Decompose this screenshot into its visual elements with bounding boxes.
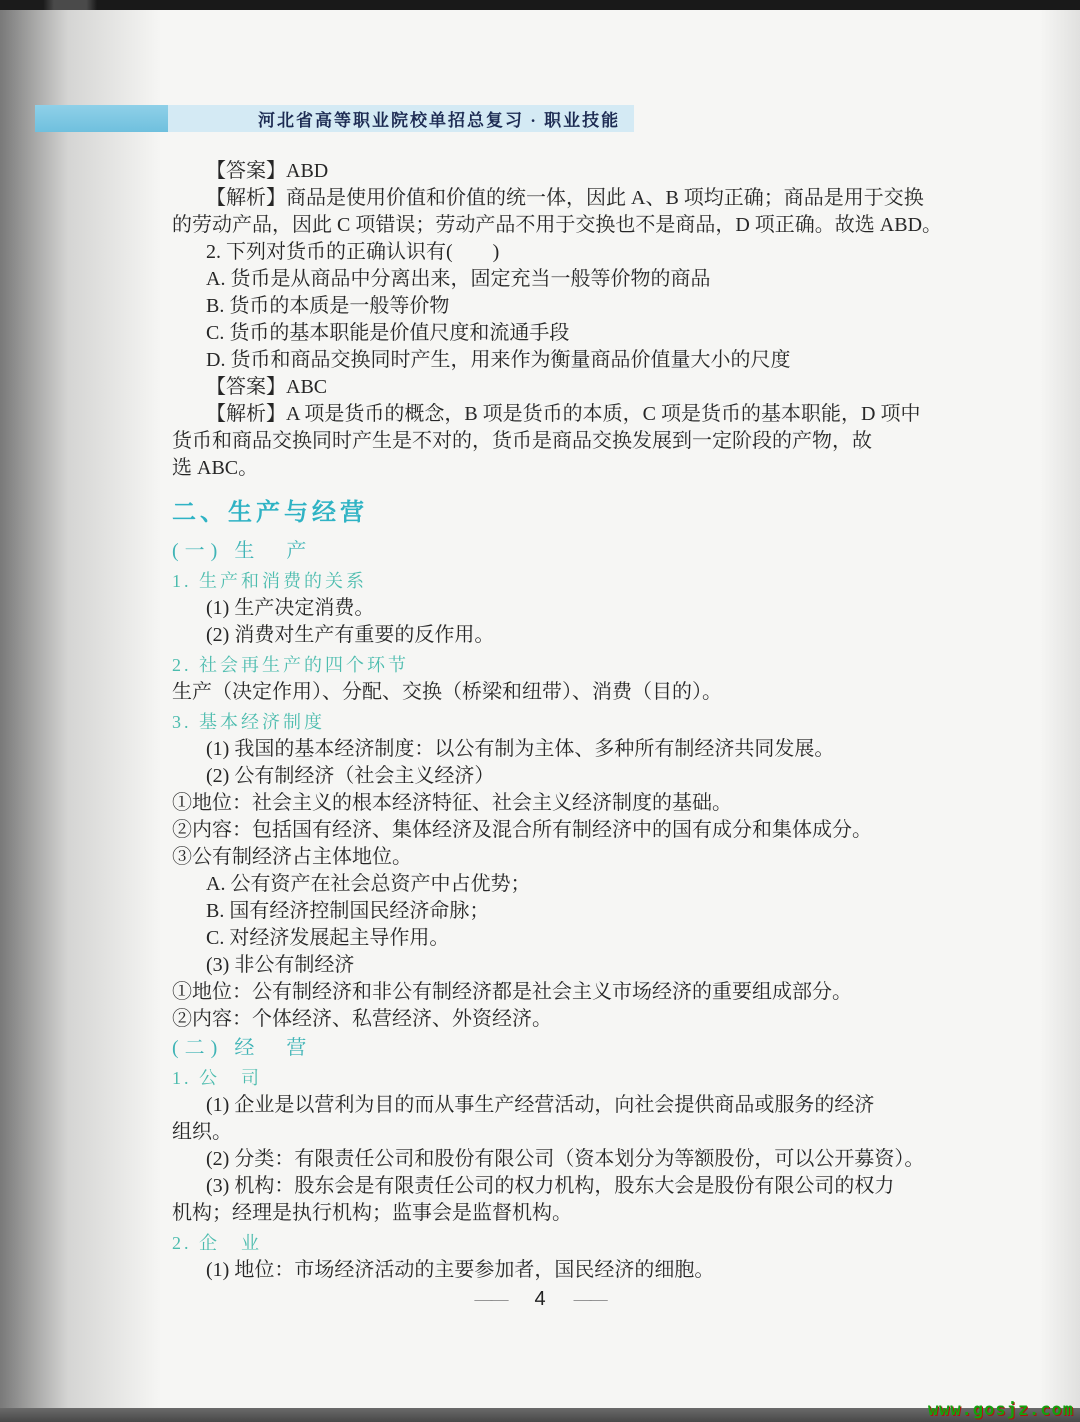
heading-line: 2. 社会再生产的四个环节: [172, 652, 932, 679]
heading-line: 1. 生产和消费的关系: [172, 568, 932, 595]
text-line: ①地位：社会主义的根本经济特征、社会主义经济制度的基础。: [172, 790, 932, 817]
scan-left-spine-shadow: [0, 10, 170, 1408]
text-line: C. 货币的基本职能是价值尺度和流通手段: [172, 320, 932, 347]
text-line: (2) 消费对生产有重要的反作用。: [172, 622, 932, 649]
text-line: ②内容：个体经济、私营经济、外资经济。: [172, 1006, 932, 1033]
scan-top-border: [0, 0, 1080, 10]
text-line: D. 货币和商品交换同时产生，用来作为衡量商品价值量大小的尺度: [172, 347, 932, 374]
text-line: ③公有制经济占主体地位。: [172, 844, 932, 871]
heading-line: 2. 企 业: [172, 1230, 932, 1257]
text-line: 生产（决定作用）、分配、交换（桥梁和纽带）、消费（目的）。: [172, 679, 932, 706]
text-line: B. 货币的本质是一般等价物: [172, 293, 932, 320]
text-line: A. 公有资产在社会总资产中占优势；: [172, 871, 932, 898]
header-title-strip: 河北省高等职业院校单招总复习 · 职业技能: [168, 105, 634, 132]
scan-bottom-border: [0, 1408, 1080, 1422]
text-line: (3) 非公有制经济: [172, 952, 932, 979]
text-line: 机构；经理是执行机构；监事会是监督机构。: [172, 1200, 932, 1227]
text-line: 选 ABC。: [172, 455, 932, 482]
text-line: 组织。: [172, 1119, 932, 1146]
heading-line: (二) 经 营: [172, 1035, 932, 1062]
text-line: A. 货币是从商品中分离出来，固定充当一般等价物的商品: [172, 266, 932, 293]
text-line: 2. 下列对货币的正确认识有( ): [172, 239, 932, 266]
text-line: 【解析】商品是使用价值和价值的统一体，因此 A、B 项均正确；商品是用于交换: [172, 185, 932, 212]
text-line: (1) 地位：市场经济活动的主要参加者，国民经济的细胞。: [172, 1257, 932, 1284]
book-title: 河北省高等职业院校单招总复习 · 职业技能: [258, 106, 620, 131]
heading-line: 1. 公 司: [172, 1065, 932, 1092]
footer-dash-right: ——: [574, 1289, 606, 1310]
text-line: (1) 企业是以营利为目的而从事生产经营活动，向社会提供商品或服务的经济: [172, 1092, 932, 1119]
text-line: C. 对经济发展起主导作用。: [172, 925, 932, 952]
text-line: (3) 机构：股东会是有限责任公司的权力机构，股东大会是股份有限公司的权力: [172, 1173, 932, 1200]
scan-right-edge-shadow: [1040, 10, 1080, 1408]
heading-line: 二、生产与经营: [172, 496, 932, 530]
text-line: B. 国有经济控制国民经济命脉；: [172, 898, 932, 925]
text-line: 的劳动产品，因此 C 项错误；劳动产品不用于交换也不是商品，D 项正确。故选 A…: [172, 212, 932, 239]
page-footer: —— 4 ——: [0, 1288, 1080, 1311]
text-line: ①地位：公有制经济和非公有制经济都是社会主义市场经济的重要组成部分。: [172, 979, 932, 1006]
header-teal-block: [35, 105, 168, 132]
heading-line: 3. 基本经济制度: [172, 709, 932, 736]
text-line: (2) 分类：有限责任公司和股份有限公司（资本划分为等额股份，可以公开募资）。: [172, 1146, 932, 1173]
page-running-head: 河北省高等职业院校单招总复习 · 职业技能: [35, 105, 634, 132]
text-line: (1) 我国的基本经济制度：以公有制为主体、多种所有制经济共同发展。: [172, 736, 932, 763]
text-line: ②内容：包括国有经济、集体经济及混合所有制经济中的国有成分和集体成分。: [172, 817, 932, 844]
text-line: 货币和商品交换同时产生是不对的，货币是商品交换发展到一定阶段的产物，故: [172, 428, 932, 455]
text-line: (1) 生产决定消费。: [172, 595, 932, 622]
content: 【答案】ABD【解析】商品是使用价值和价值的统一体，因此 A、B 项均正确；商品…: [172, 158, 932, 1284]
footer-dash-left: ——: [474, 1289, 506, 1310]
watermark-url: www.gosjz.com: [928, 1400, 1074, 1420]
text-line: (2) 公有制经济（社会主义经济）: [172, 763, 932, 790]
text-line: 【答案】ABD: [172, 158, 932, 185]
heading-line: (一) 生 产: [172, 538, 932, 565]
text-line: 【解析】A 项是货币的概念，B 项是货币的本质，C 项是货币的基本职能，D 项中: [172, 401, 932, 428]
scanned-textbook-page: { "header": { "title": "河北省高等职业院校单招总复习 ·…: [0, 0, 1080, 1422]
page-number: 4: [534, 1288, 545, 1311]
text-line: 【答案】ABC: [172, 374, 932, 401]
